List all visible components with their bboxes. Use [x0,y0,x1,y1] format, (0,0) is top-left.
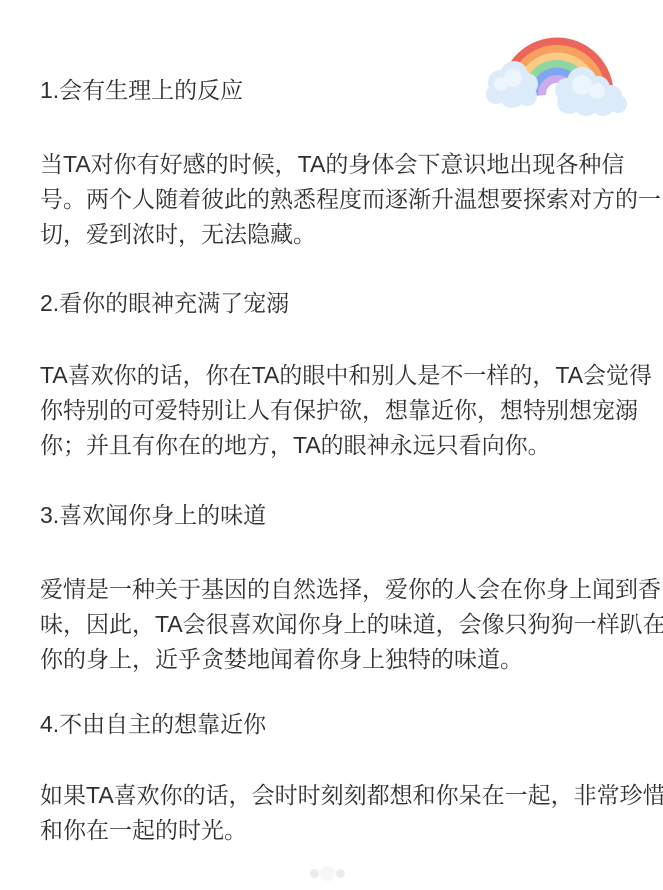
section-2-paragraph: TA喜欢你的话，你在TA的眼中和别人是不一样的，TA会觉得 你特别的可爱特别让人… [40,358,652,463]
note-page: 1.会有生理上的反应 当TA对你有好感的时候，TA的身体会下意识地出现各种信 号… [0,0,663,890]
paragraph-line: 你特别的可爱特别让人有保护欲，想靠近你，想特别想宠溺 [40,393,652,428]
rainbow-icon [483,16,631,118]
paragraph-line: TA喜欢你的话，你在TA的眼中和别人是不一样的，TA会觉得 [40,358,652,393]
paragraph-line: 你；并且有你在的地方，TA的眼神永远只看向你。 [40,428,652,463]
page-dot [336,869,345,878]
page-indicator [310,869,345,878]
section-1-paragraph: 当TA对你有好感的时候，TA的身体会下意识地出现各种信 号。两个人随着彼此的熟悉… [40,147,661,252]
section-3-heading: 3.喜欢闻你身上的味道 [40,498,266,533]
section-1-heading: 1.会有生理上的反应 [40,73,243,108]
section-4-heading: 4.不由自主的想靠近你 [40,707,266,742]
paragraph-line: 如果TA喜欢你的话，会时时刻刻都想和你呆在一起，非常珍惜 [40,778,663,813]
paragraph-line: 爱情是一种关于基因的自然选择，爱你的人会在你身上闻到香 [40,572,663,607]
paragraph-line: 味，因此，TA会很喜欢闻你身上的味道，会像只狗狗一样趴在 [40,607,663,642]
section-4-paragraph: 如果TA喜欢你的话，会时时刻刻都想和你呆在一起，非常珍惜 和你在一起的时光。 [40,778,663,848]
section-3-paragraph: 爱情是一种关于基因的自然选择，爱你的人会在你身上闻到香 味，因此，TA会很喜欢闻… [40,572,663,677]
page-dot [310,869,319,878]
section-2-heading: 2.看你的眼神充满了宠溺 [40,286,289,321]
paragraph-line: 你的身上，近乎贪婪地闻着你身上独特的味道。 [40,642,663,677]
paragraph-line: 切，爱到浓时，无法隐藏。 [40,217,661,252]
page-dot-active [323,869,332,878]
paragraph-line: 和你在一起的时光。 [40,813,663,848]
paragraph-line: 号。两个人随着彼此的熟悉程度而逐渐升温想要探索对方的一 [40,182,661,217]
paragraph-line: 当TA对你有好感的时候，TA的身体会下意识地出现各种信 [40,147,661,182]
